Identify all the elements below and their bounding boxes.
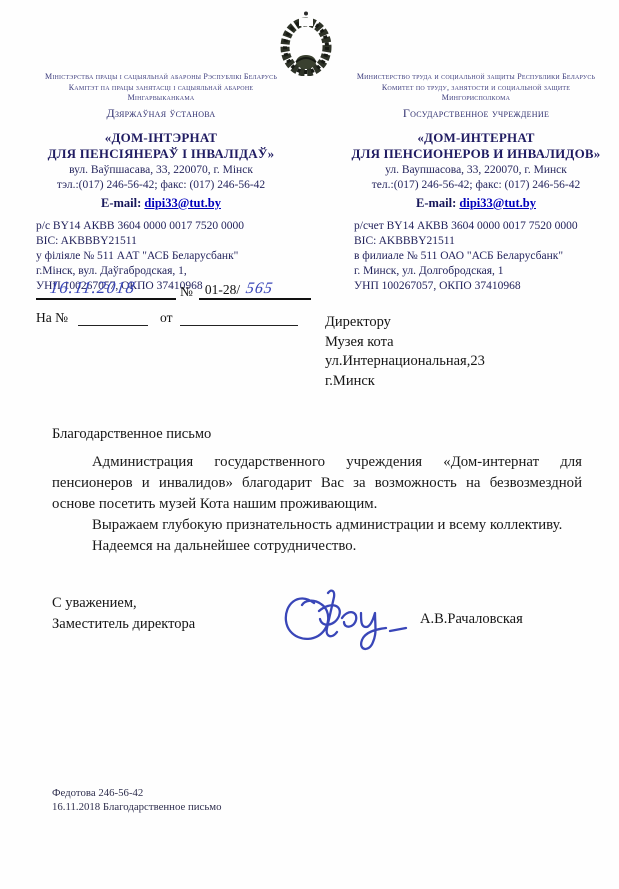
printed-number-prefix: 01-28/ [205, 282, 240, 298]
ministry-line: Министерство труда и социальной защиты Р… [340, 72, 612, 83]
handwritten-number: 565 [245, 280, 275, 298]
addressee-street: ул.Интернациональная,23 [325, 352, 485, 372]
ministry-line: Міністэрства працы і сацыяльнай абароны … [28, 72, 294, 83]
body-paragraph: Надеемся на дальнейшее сотрудничество. [52, 536, 582, 557]
signatory-name: А.В.Рачаловская [420, 611, 523, 628]
org-name: «ДОМ-ИНТЕРНАТ ДЛЯ ПЕНСИОНЕРОВ И ИНВАЛИДО… [340, 130, 612, 162]
org-name: «ДОМ-ІНТЭРНАТ ДЛЯ ПЕНСІЯНЕРАЎ І ІНВАЛІДА… [28, 130, 294, 162]
bank-bic: BIC: AKBBBY21511 [36, 234, 294, 249]
addressee-org: Музея кота [325, 333, 485, 353]
handwritten-date: 16.11.2018 [49, 278, 137, 298]
bank-bic: BIC: AKBBBY21511 [354, 234, 612, 249]
addressee-block: Директору Музея кота ул.Интернациональна… [325, 313, 485, 391]
bank-branch: в филиале № 511 ОАО "АСБ Беларусбанк" [354, 249, 612, 264]
letterhead-right: Министерство труда и социальной защиты Р… [340, 72, 612, 294]
body-paragraph: Выражаем глубокую признательность админи… [52, 515, 582, 536]
coat-of-arms-icon [279, 10, 333, 76]
org-address: вул. Ваўпшасава, 33, 220070, г. Мінск [28, 163, 294, 178]
closing-position: Заместитель директора [52, 614, 195, 635]
footer-block: Федотова 246-56-42 16.11.2018 Благодарст… [52, 786, 221, 814]
executor-contact: Федотова 246-56-42 [52, 786, 221, 800]
org-phone: тэл.:(017) 246-56-42; факс: (017) 246-56… [28, 178, 294, 193]
signature-scribble [278, 583, 416, 659]
body-paragraph: Администрация государственного учреждени… [52, 452, 582, 515]
reference-block: 16.11.2018 № 01-28/ 565 На № от [36, 270, 321, 326]
letter-title: Благодарственное письмо [52, 426, 211, 443]
signature-scribble [278, 583, 416, 659]
addressee-city: г.Минск [325, 372, 485, 392]
outgoing-number-row: 16.11.2018 № 01-28/ 565 [36, 270, 321, 300]
ministry-line: Мингорисполкома [340, 93, 612, 104]
bank-address: г. Минск, ул. Долгобродская, 1 [354, 264, 612, 279]
blank-incoming-date [180, 305, 298, 326]
coat-of-arms-icon [279, 10, 333, 76]
incoming-number-row: На № от [36, 302, 321, 326]
org-type: Дзяржаўная ўстанова [28, 106, 294, 121]
closing-salutation: С уважением, [52, 593, 195, 614]
letter-body: Администрация государственного учреждени… [52, 452, 582, 557]
addressee-title: Директору [325, 313, 485, 333]
email-row: E-mail: dipi33@tut.by [340, 195, 612, 211]
number-sign: № [180, 284, 193, 300]
ministry-line: Мінгарвыканкама [28, 93, 294, 104]
blank-incoming-number [78, 305, 148, 326]
number-field: 01-28/ 565 [199, 268, 311, 300]
letterhead-left: Міністэрства працы і сацыяльнай абароны … [28, 72, 294, 294]
closing-block: С уважением, Заместитель директора [52, 593, 195, 635]
email-link[interactable]: dipi33@tut.by [459, 196, 536, 210]
bank-details: р/счет BY14 АКВВ 3604 0000 0017 7520 000… [340, 219, 612, 294]
org-phone: тел.:(017) 246-56-42; факс: (017) 246-56… [340, 178, 612, 193]
ministry-line: Комитет по труду, занятости и социальной… [340, 83, 612, 94]
email-link[interactable]: dipi33@tut.by [144, 196, 221, 210]
bank-account: р/счет BY14 АКВВ 3604 0000 0017 7520 000… [354, 219, 612, 234]
ministry-line: Камітэт па працы занятасці і сацыяльнай … [28, 83, 294, 94]
bank-account: р/с BY14 АКВВ 3604 0000 0017 7520 0000 [36, 219, 294, 234]
ot-label: от [160, 310, 172, 326]
email-row: E-mail: dipi33@tut.by [28, 195, 294, 211]
bank-branch: у філіяле № 511 ААТ "АСБ Беларусбанк" [36, 249, 294, 264]
org-address: ул. Ваупшасова, 33, 220070, г. Минск [340, 163, 612, 178]
date-field: 16.11.2018 [36, 268, 176, 300]
org-type: Государственное учреждение [340, 106, 612, 121]
scanned-letter: Міністэрства працы і сацыяльнай абароны … [0, 0, 619, 889]
doc-note: 16.11.2018 Благодарственное письмо [52, 800, 221, 814]
na-label: На № [36, 310, 68, 326]
org-codes: УНП 100267057, ОКПО 37410968 [354, 279, 612, 294]
